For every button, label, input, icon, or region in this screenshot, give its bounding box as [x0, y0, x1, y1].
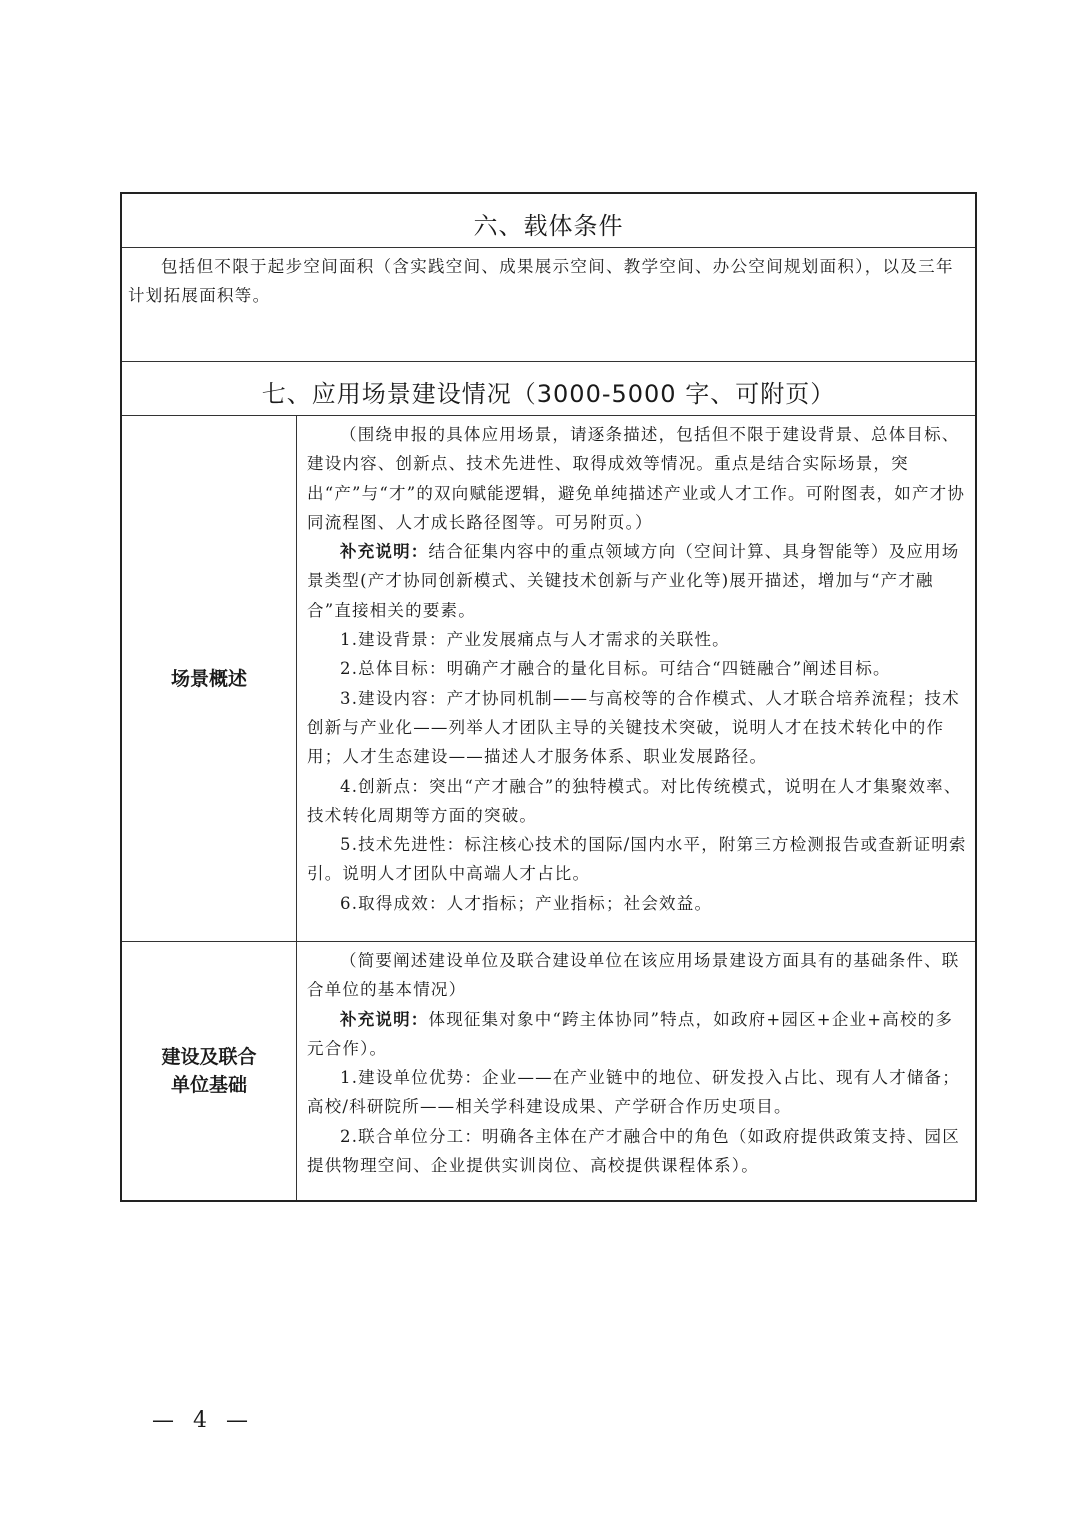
scene-overview-label: 场景概述: [122, 416, 297, 941]
unit-item-2: 2.联合单位分工：明确各主体在产才融合中的角色（如政府提供政策支持、园区提供物理…: [307, 1122, 967, 1181]
section-6-title-text: 六、载体条件: [474, 206, 624, 241]
scene-overview-label-text: 场景概述: [171, 665, 247, 693]
unit-foundation-label: 建设及联合 单位基础: [122, 942, 297, 1200]
scene-overview-row: 场景概述 （围绕申报的具体应用场景，请逐条描述，包括但不限于建设背景、总体目标、…: [122, 416, 975, 942]
section-7-title: 七、应用场景建设情况（3000-5000 字、可附页）: [122, 362, 975, 416]
section-7-title-text: 七、应用场景建设情况（3000-5000 字、可附页）: [262, 374, 835, 409]
unit-foundation-row: 建设及联合 单位基础 （简要阐述建设单位及联合建设单位在该应用场景建设方面具有的…: [122, 942, 975, 1200]
scene-overview-intro: （围绕申报的具体应用场景，请逐条描述，包括但不限于建设背景、总体目标、建设内容、…: [307, 420, 967, 537]
unit-foundation-supplement: 补充说明：体现征集对象中“跨主体协同”特点，如政府+园区+企业+高校的多元合作）…: [307, 1005, 967, 1064]
scene-item-6: 6.取得成效：人才指标；产业指标；社会效益。: [307, 889, 967, 918]
scene-item-1: 1.建设背景：产业发展痛点与人才需求的关联性。: [307, 625, 967, 654]
scene-item-5: 5.技术先进性：标注核心技术的国际/国内水平，附第三方检测报告或查新证明索引。说…: [307, 830, 967, 889]
section-6-body-text: 包括但不限于起步空间面积（含实践空间、成果展示空间、教学空间、办公空间规划面积）…: [128, 257, 954, 305]
unit-foundation-content: （简要阐述建设单位及联合建设单位在该应用场景建设方面具有的基础条件、联合单位的基…: [297, 942, 975, 1200]
application-form-table: 六、载体条件 包括但不限于起步空间面积（含实践空间、成果展示空间、教学空间、办公…: [120, 192, 977, 1202]
unit-item-1: 1.建设单位优势：企业——在产业链中的地位、研发投入占比、现有人才储备；高校/科…: [307, 1063, 967, 1122]
scene-item-2: 2.总体目标：明确产才融合的量化目标。可结合“四链融合”阐述目标。: [307, 654, 967, 683]
section-6-body: 包括但不限于起步空间面积（含实践空间、成果展示空间、教学空间、办公空间规划面积）…: [122, 248, 975, 362]
unit-foundation-intro: （简要阐述建设单位及联合建设单位在该应用场景建设方面具有的基础条件、联合单位的基…: [307, 946, 967, 1005]
page-number: — 4 —: [152, 1408, 254, 1433]
scene-overview-content: （围绕申报的具体应用场景，请逐条描述，包括但不限于建设背景、总体目标、建设内容、…: [297, 416, 975, 941]
scene-item-3: 3.建设内容：产才协同机制——与高校等的合作模式、人才联合培养流程；技术创新与产…: [307, 684, 967, 772]
supplement-label: 补充说明：: [340, 542, 429, 561]
section-6-title: 六、载体条件: [122, 194, 975, 248]
supplement-label: 补充说明：: [340, 1010, 429, 1029]
scene-item-4: 4.创新点：突出“产才融合”的独特模式。对比传统模式，说明在人才集聚效率、技术转…: [307, 772, 967, 831]
unit-foundation-label-line2: 单位基础: [161, 1071, 256, 1099]
scene-overview-supplement: 补充说明：结合征集内容中的重点领域方向（空间计算、具身智能等）及应用场景类型(产…: [307, 537, 967, 625]
unit-foundation-label-line1: 建设及联合: [161, 1043, 256, 1071]
